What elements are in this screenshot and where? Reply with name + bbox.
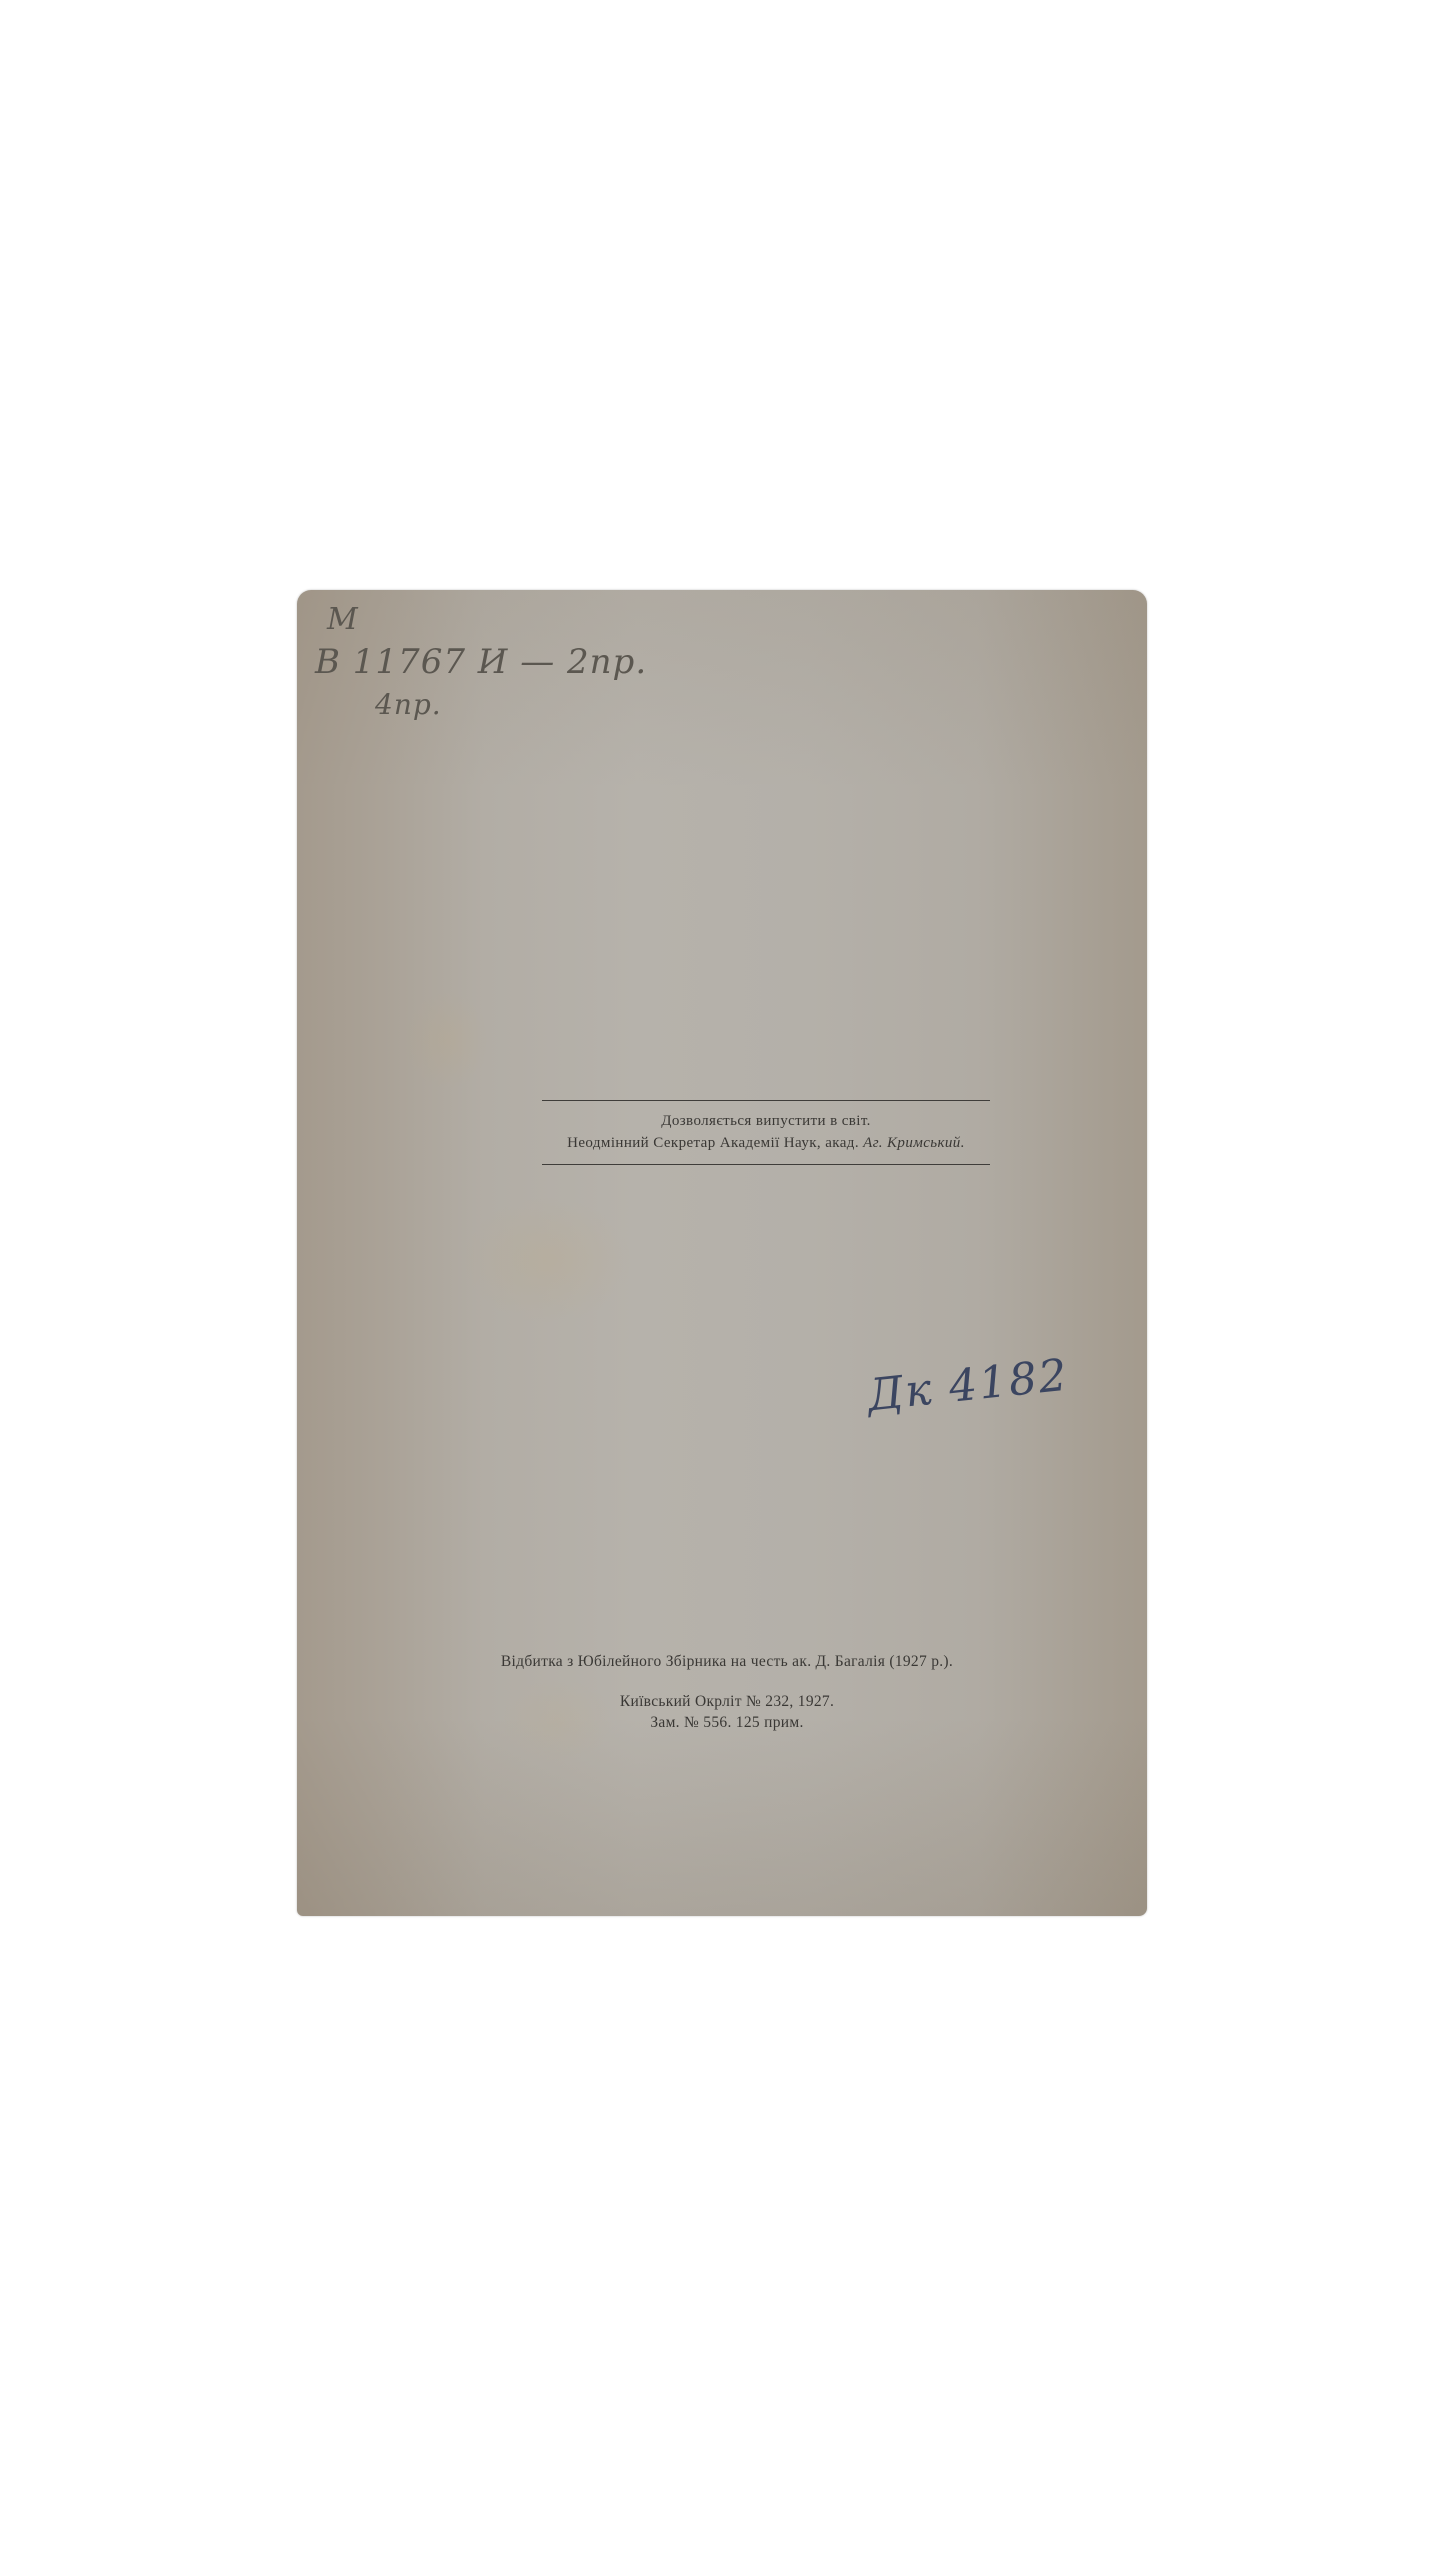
approval-line: Дозволяється випустити в світ. [542,1113,990,1130]
approval-block: Дозволяється випустити в світ. Неодмінни… [542,1100,990,1165]
secretary-title: Неодмінний Секретар Академії Наук, акад. [567,1135,863,1151]
printer-line: Київський Окрліт № 232, 1927. [437,1693,1017,1711]
imprint-block: Відбитка з Юбілейного Збірника на честь … [437,1653,1017,1732]
secretary-signature: Аг. Кримський. [863,1135,965,1151]
handwritten-copy-count: 4пр. [375,688,442,721]
secretary-line: Неодмінний Секретар Академії Наук, акад.… [542,1135,990,1152]
offprint-note: Відбитка з Юбілейного Збірника на честь … [437,1653,1017,1671]
handwritten-letter: М [327,602,359,637]
scanned-page: М В 11767 И — 2пр. 4пр. Дозволяється вип… [297,590,1147,1916]
bottom-rule [542,1164,990,1165]
order-line: Зам. № 556. 125 прим. [437,1714,1017,1732]
top-rule [542,1100,990,1101]
handwritten-catalog-code: В 11767 И — 2пр. [315,642,647,682]
handwritten-inventory-number: Дк 4182 [865,1350,1071,1422]
